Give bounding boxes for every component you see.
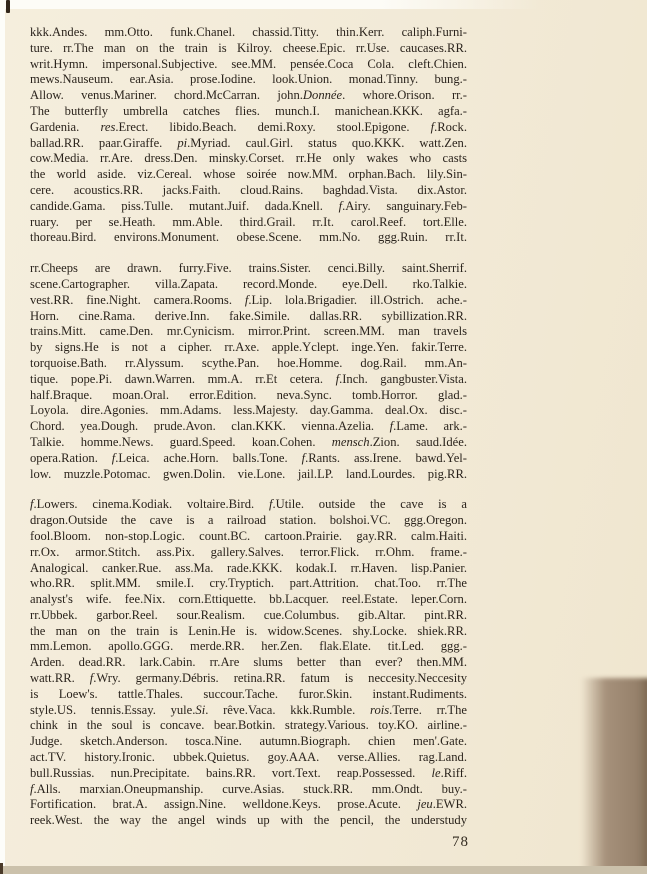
text-line: bull.Russias. nun.Precipitate. bains.RR.… (30, 766, 467, 782)
text-line: trains.Mitt. came.Den. mr.Cynicism. mirr… (30, 324, 467, 340)
text-line: Loyola. dire.Agonies. mm.Adams. less.Maj… (30, 403, 467, 419)
text-line: Talkie. homme.News. guard.Speed. koan.Co… (30, 435, 467, 451)
scan-artifact-mark-bottom (0, 863, 3, 874)
text-line: scene.Cartographer. villa.Zapata. record… (30, 277, 467, 293)
text-line: watt.RR. f.Wry. germany.Débris. retina.R… (30, 671, 467, 687)
text-line: rr.Ox. armor.Stitch. ass.Pix. gallery.Sa… (30, 545, 467, 561)
text-line: kkk.Andes. mm.Otto. funk.Chanel. chassid… (30, 25, 467, 41)
text-line: low. muzzle.Potomac. gwen.Dolin. vie.Lon… (30, 467, 467, 483)
page-corner-shadow (581, 678, 647, 874)
text-line: half.Braque. moan.Oral. error.Edition. n… (30, 388, 467, 404)
text-line: f.Lowers. cinema.Kodiak. voltaire.Bird. … (30, 497, 467, 513)
text-line: dragon.Outside the cave is a railroad st… (30, 513, 467, 529)
text-line: Analogical. canker.Rue. ass.Ma. rade.KKK… (30, 561, 467, 577)
text-line: ruary. per se.Heath. mm.Able. third.Grai… (30, 215, 467, 231)
text-line: rr.Cheeps are drawn. furry.Five. trains.… (30, 261, 467, 277)
text-line: chink in the soul is concave. bear.Botki… (30, 718, 467, 734)
text-line: ture. rr.The man on the train is Kilroy.… (30, 41, 467, 57)
text-line: fool.Bloom. non-stop.Logic. count.BC. ca… (30, 529, 467, 545)
page-number: 78 (452, 834, 469, 851)
text-line: the man on the train is Lenin.He is. wid… (30, 624, 467, 640)
text-line: analyst's wife. fee.Nix. corn.Ettiquette… (30, 592, 467, 608)
paragraph: f.Lowers. cinema.Kodiak. voltaire.Bird. … (30, 497, 467, 829)
text-line: is Loew's. tattle.Thales. succour.Tache.… (30, 687, 467, 703)
text-line: rr.Ubbek. garbor.Reel. sour.Realism. cue… (30, 608, 467, 624)
text-line: f.Alls. marxian.Oneupmanship. curve.Asia… (30, 782, 467, 798)
text-line: writ.Hymn. impersonal.Subjective. see.MM… (30, 57, 467, 73)
text-line: The butterfly umbrella catches flies. mu… (30, 104, 467, 120)
text-line: Horn. cine.Rama. derive.Inn. fake.Simile… (30, 309, 467, 325)
scan-top-margin (0, 0, 540, 9)
paragraph: kkk.Andes. mm.Otto. funk.Chanel. chassid… (30, 25, 467, 246)
text-line: Allow. venus.Mariner. chord.McCarran. jo… (30, 88, 467, 104)
text-line: by signs.He is not a cipher. rr.Axe. app… (30, 340, 467, 356)
text-line: Judge. sketch.Anderson. tosca.Nine. autu… (30, 734, 467, 750)
text-line: act.TV. history.Ironic. ubbek.Quietus. g… (30, 750, 467, 766)
text-line: vest.RR. fine.Night. camera.Rooms. f.Lip… (30, 293, 467, 309)
text-line: thoreau.Bird. environs.Monument. obese.S… (30, 230, 467, 246)
text-line: cow.Media. rr.Are. dress.Den. minsky.Cor… (30, 151, 467, 167)
text-line: tique. pope.Pi. dawn.Warren. mm.A. rr.Et… (30, 372, 467, 388)
paragraph: rr.Cheeps are drawn. furry.Five. trains.… (30, 261, 467, 482)
page-bottom-edge (0, 866, 647, 874)
scan-artifact-mark-top (6, 0, 10, 13)
text-line: torquoise.Bath. rr.Alyssum. scythe.Pan. … (30, 356, 467, 372)
scan-left-margin (0, 0, 5, 874)
text-line: ballad.RR. paar.Giraffe. pi.Myriad. caul… (30, 136, 467, 152)
text-line: cere. acoustics.RR. jacks.Faith. cloud.R… (30, 183, 467, 199)
text-line: the world aside. viz.Cereal. whose soiré… (30, 167, 467, 183)
text-line: who.RR. split.MM. smile.I. cry.Tryptich.… (30, 576, 467, 592)
text-line: Gardenia. res.Erect. libido.Beach. demi.… (30, 120, 467, 136)
text-line: Fortification. brat.A. assign.Nine. well… (30, 797, 467, 813)
text-line: opera.Ration. f.Leica. ache.Horn. balls.… (30, 451, 467, 467)
text-line: style.US. tennis.Essay. yule.Si. rêve.Va… (30, 703, 467, 719)
page-text: kkk.Andes. mm.Otto. funk.Chanel. chassid… (30, 25, 467, 829)
text-line: Arden. dead.RR. lark.Cabin. rr.Are slums… (30, 655, 467, 671)
text-line: reek.West. the way the angel winds up wi… (30, 813, 467, 829)
text-line: mm.Lemon. apollo.GGG. merde.RR. her.Zen.… (30, 639, 467, 655)
text-line: Chord. yea.Dough. prude.Avon. clan.KKK. … (30, 419, 467, 435)
text-line: candide.Gama. piss.Tulle. mutant.Juif. d… (30, 199, 467, 215)
text-line: mews.Nauseum. ear.Asia. prose.Iodine. lo… (30, 72, 467, 88)
